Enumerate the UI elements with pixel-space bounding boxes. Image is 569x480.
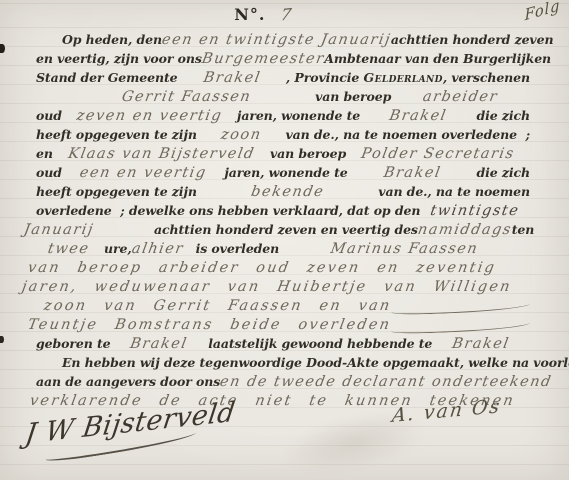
handwritten-text: verklarende de acte niet te kunnen teeke… <box>29 393 517 409</box>
document-line: overledene ; dewelke ons hebben verklaar… <box>36 203 530 222</box>
handwritten-text: namiddags <box>416 222 513 238</box>
handwritten-text: zoon <box>195 127 286 143</box>
printed-text: van de., na te noemen overledene ; <box>285 127 530 142</box>
printed-text: is overleden <box>196 241 280 256</box>
handwritten-text: twintigste <box>419 203 532 219</box>
printed-text: jaren, wonende te <box>224 165 347 180</box>
printed-text: oud <box>36 108 62 123</box>
blank-space <box>132 233 154 234</box>
printed-text: van de., na te noemen <box>378 184 530 199</box>
document-line: verklarende de acte niet te kunnen teeke… <box>30 393 530 412</box>
printed-text: Gelderland <box>364 70 443 85</box>
handwritten-text: jaren, weduwenaar van Huibertje van Will… <box>21 279 514 295</box>
printed-text: oud <box>36 165 62 180</box>
handwritten-text: en de tweede declarant onderteekend <box>219 374 554 390</box>
document-line: Teuntje Bomstrans beide overleden <box>28 317 530 336</box>
printed-text: heeft opgegeven te zijn <box>36 127 197 142</box>
handwritten-text: Teuntje Bomstrans beide overleden <box>27 317 393 333</box>
document-line: tweeure,alhieris overledenMarinus Faasse… <box>36 241 530 260</box>
document-line: heeft opgegeven te zijnbekendevan de., n… <box>36 184 530 203</box>
printed-text: aan de aangevers door ons <box>36 374 220 389</box>
act-number-label: N°. <box>234 5 265 24</box>
act-number-value: 7 <box>279 5 292 25</box>
pen-flourish <box>391 319 530 334</box>
printed-text: achttien honderd zeven en veertig des <box>154 222 418 237</box>
handwritten-text: Klaas van Bijsterveld <box>51 146 271 162</box>
handwritten-text: arbeider <box>390 89 532 105</box>
handwritten-text: Brakel <box>431 336 532 352</box>
handwritten-text: Brakel <box>176 70 287 86</box>
handwritten-text: zeven en veertig <box>60 108 238 124</box>
document-line: Januarijachttien honderd zeven en veerti… <box>24 222 530 241</box>
document-line: Stand der GemeenteBrakel, Provincie Geld… <box>36 70 530 89</box>
document-line: enKlaas van Bijsterveldvan beroepPolder … <box>36 146 530 165</box>
printed-text: geboren te <box>36 336 110 351</box>
document-header: N°. 7 <box>0 5 547 24</box>
printed-text: heeft opgegeven te zijn <box>36 184 197 199</box>
printed-text: die zich <box>476 165 530 180</box>
handwritten-text: alhier <box>130 241 197 257</box>
handwritten-text: Gerrit Faassen <box>57 89 317 105</box>
document-line: heeft opgegeven te zijnzoonvan de., na t… <box>36 127 530 146</box>
handwritten-text: twee <box>47 241 106 257</box>
handwritten-text: Januarij <box>23 222 134 238</box>
document-line: zoon van Gerrit Faassen en van <box>36 298 530 317</box>
pen-flourish <box>391 300 530 315</box>
printed-text: overledene ; dewelke ons hebben verklaar… <box>36 203 420 218</box>
scan-speck <box>0 44 5 53</box>
printed-text: die zich <box>476 108 530 123</box>
printed-text: achttien honderd zeven <box>391 32 554 47</box>
handwritten-text: Polder Secretaris <box>345 146 532 162</box>
document-line: van beroep arbeider oud zeven en zeventi… <box>28 260 530 279</box>
printed-text: laatstelijk gewoond hebbende te <box>208 336 432 351</box>
printed-text: Stand der Gemeente <box>36 70 178 85</box>
handwritten-text: een en twintigste Januarij <box>161 32 393 48</box>
printed-text: Op heden, den <box>62 32 162 47</box>
handwritten-text: Brakel <box>346 165 478 181</box>
handwritten-text: zoon van Gerrit Faassen en van <box>43 298 393 314</box>
handwritten-text: Marinus Faassen <box>278 241 532 257</box>
handwritten-text: bekende <box>195 184 379 200</box>
printed-text: , Provincie <box>286 70 364 85</box>
handwritten-text: een en veertig <box>60 165 225 181</box>
document-line: en veertig, zijn voor onsBurgemeesterAmb… <box>36 51 530 70</box>
scan-speck <box>0 336 4 343</box>
document-line: Op heden, deneen en twintigste Januarija… <box>36 32 530 51</box>
printed-text: van beroep <box>315 89 391 104</box>
printed-text: ure, <box>104 241 132 256</box>
document-line: oudzeven en veertigjaren, wonende teBrak… <box>36 108 530 127</box>
document-body: Op heden, deneen en twintigste Januarija… <box>36 32 530 412</box>
document-line: jaren, weduwenaar van Huibertje van Will… <box>22 279 530 298</box>
printed-text: , verschenen <box>443 70 530 85</box>
document-line: Gerrit Faassenvan beroeparbeider <box>36 89 530 108</box>
printed-text: en veertig, zijn voor ons <box>36 51 202 66</box>
handwritten-text: Burgemeester <box>200 51 325 67</box>
printed-text: en <box>36 146 53 161</box>
printed-text: En hebben wij deze tegenwoordige Dood-Ak… <box>62 355 569 370</box>
handwritten-text: Brakel <box>359 108 478 124</box>
document-line: aan de aangevers door onsen de tweede de… <box>36 374 530 393</box>
printed-text: van beroep <box>270 146 346 161</box>
handwritten-text: van beroep arbeider oud zeven en zeventi… <box>27 260 498 276</box>
printed-text: jaren, wonende te <box>237 108 360 123</box>
printed-text: ten <box>512 222 535 237</box>
handwritten-text: Brakel <box>109 336 210 352</box>
document-line: geboren teBrakellaatstelijk gewoond hebb… <box>36 336 530 355</box>
document-line: En hebben wij deze tegenwoordige Dood-Ak… <box>36 355 530 374</box>
printed-text: Ambtenaar van den Burgerlijken <box>324 51 551 66</box>
document-line: oudeen en veertigjaren, wonende teBrakel… <box>36 165 530 184</box>
